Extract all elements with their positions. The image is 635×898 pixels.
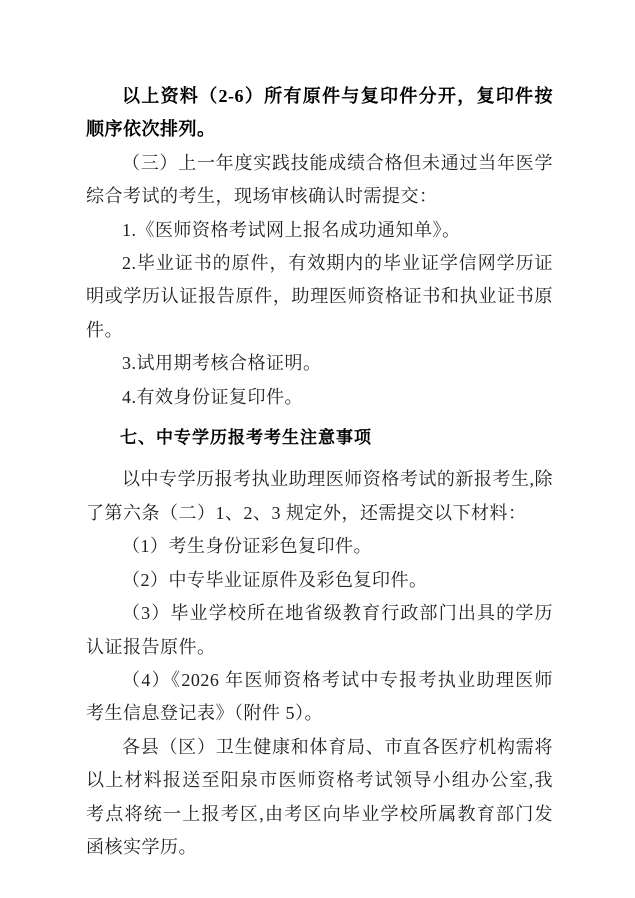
list-item-3: 3.试用期考核合格证明。 — [86, 347, 553, 380]
document-page: 以上资料（2-6）所有原件与复印件分开，复印件按顺序依次排列。 （三）上一年度实… — [0, 0, 635, 898]
list-item-2: 2.毕业证书的原件，有效期内的毕业证学信网学历证明或学历认证报告原件，助理医师资… — [86, 247, 553, 347]
para-submission-note: 各县（区）卫生健康和体育局、市直各医疗机构需将以上材料报送至阳泉市医师资格考试领… — [86, 731, 553, 865]
sublist-item-1: （1）考生身份证彩色复印件。 — [86, 530, 553, 563]
list-item-4: 4.有效身份证复印件。 — [86, 381, 553, 414]
list-item-1: 1.《医师资格考试网上报名成功通知单》。 — [86, 214, 553, 247]
sublist-item-4: （4）《2026 年医师资格考试中专报考执业助理医师考生信息登记表》（附件 5）… — [86, 664, 553, 731]
sublist-item-2: （2）中专毕业证原件及彩色复印件。 — [86, 564, 553, 597]
para-zhongzhuan-intro: 以中专学历报考执业助理医师资格考试的新报考生,除了第六条（二）1、2、3 规定外… — [86, 463, 553, 530]
para-section-3-intro: （三）上一年度实践技能成绩合格但未通过当年医学综合考试的考生，现场审核确认时需提… — [86, 147, 553, 214]
section-heading-7: 七、中专学历报考考生注意事项 — [86, 421, 553, 454]
para-originals-copies-note: 以上资料（2-6）所有原件与复印件分开，复印件按顺序依次排列。 — [86, 80, 553, 147]
sublist-item-3: （3）毕业学校所在地省级教育行政部门出具的学历认证报告原件。 — [86, 597, 553, 664]
